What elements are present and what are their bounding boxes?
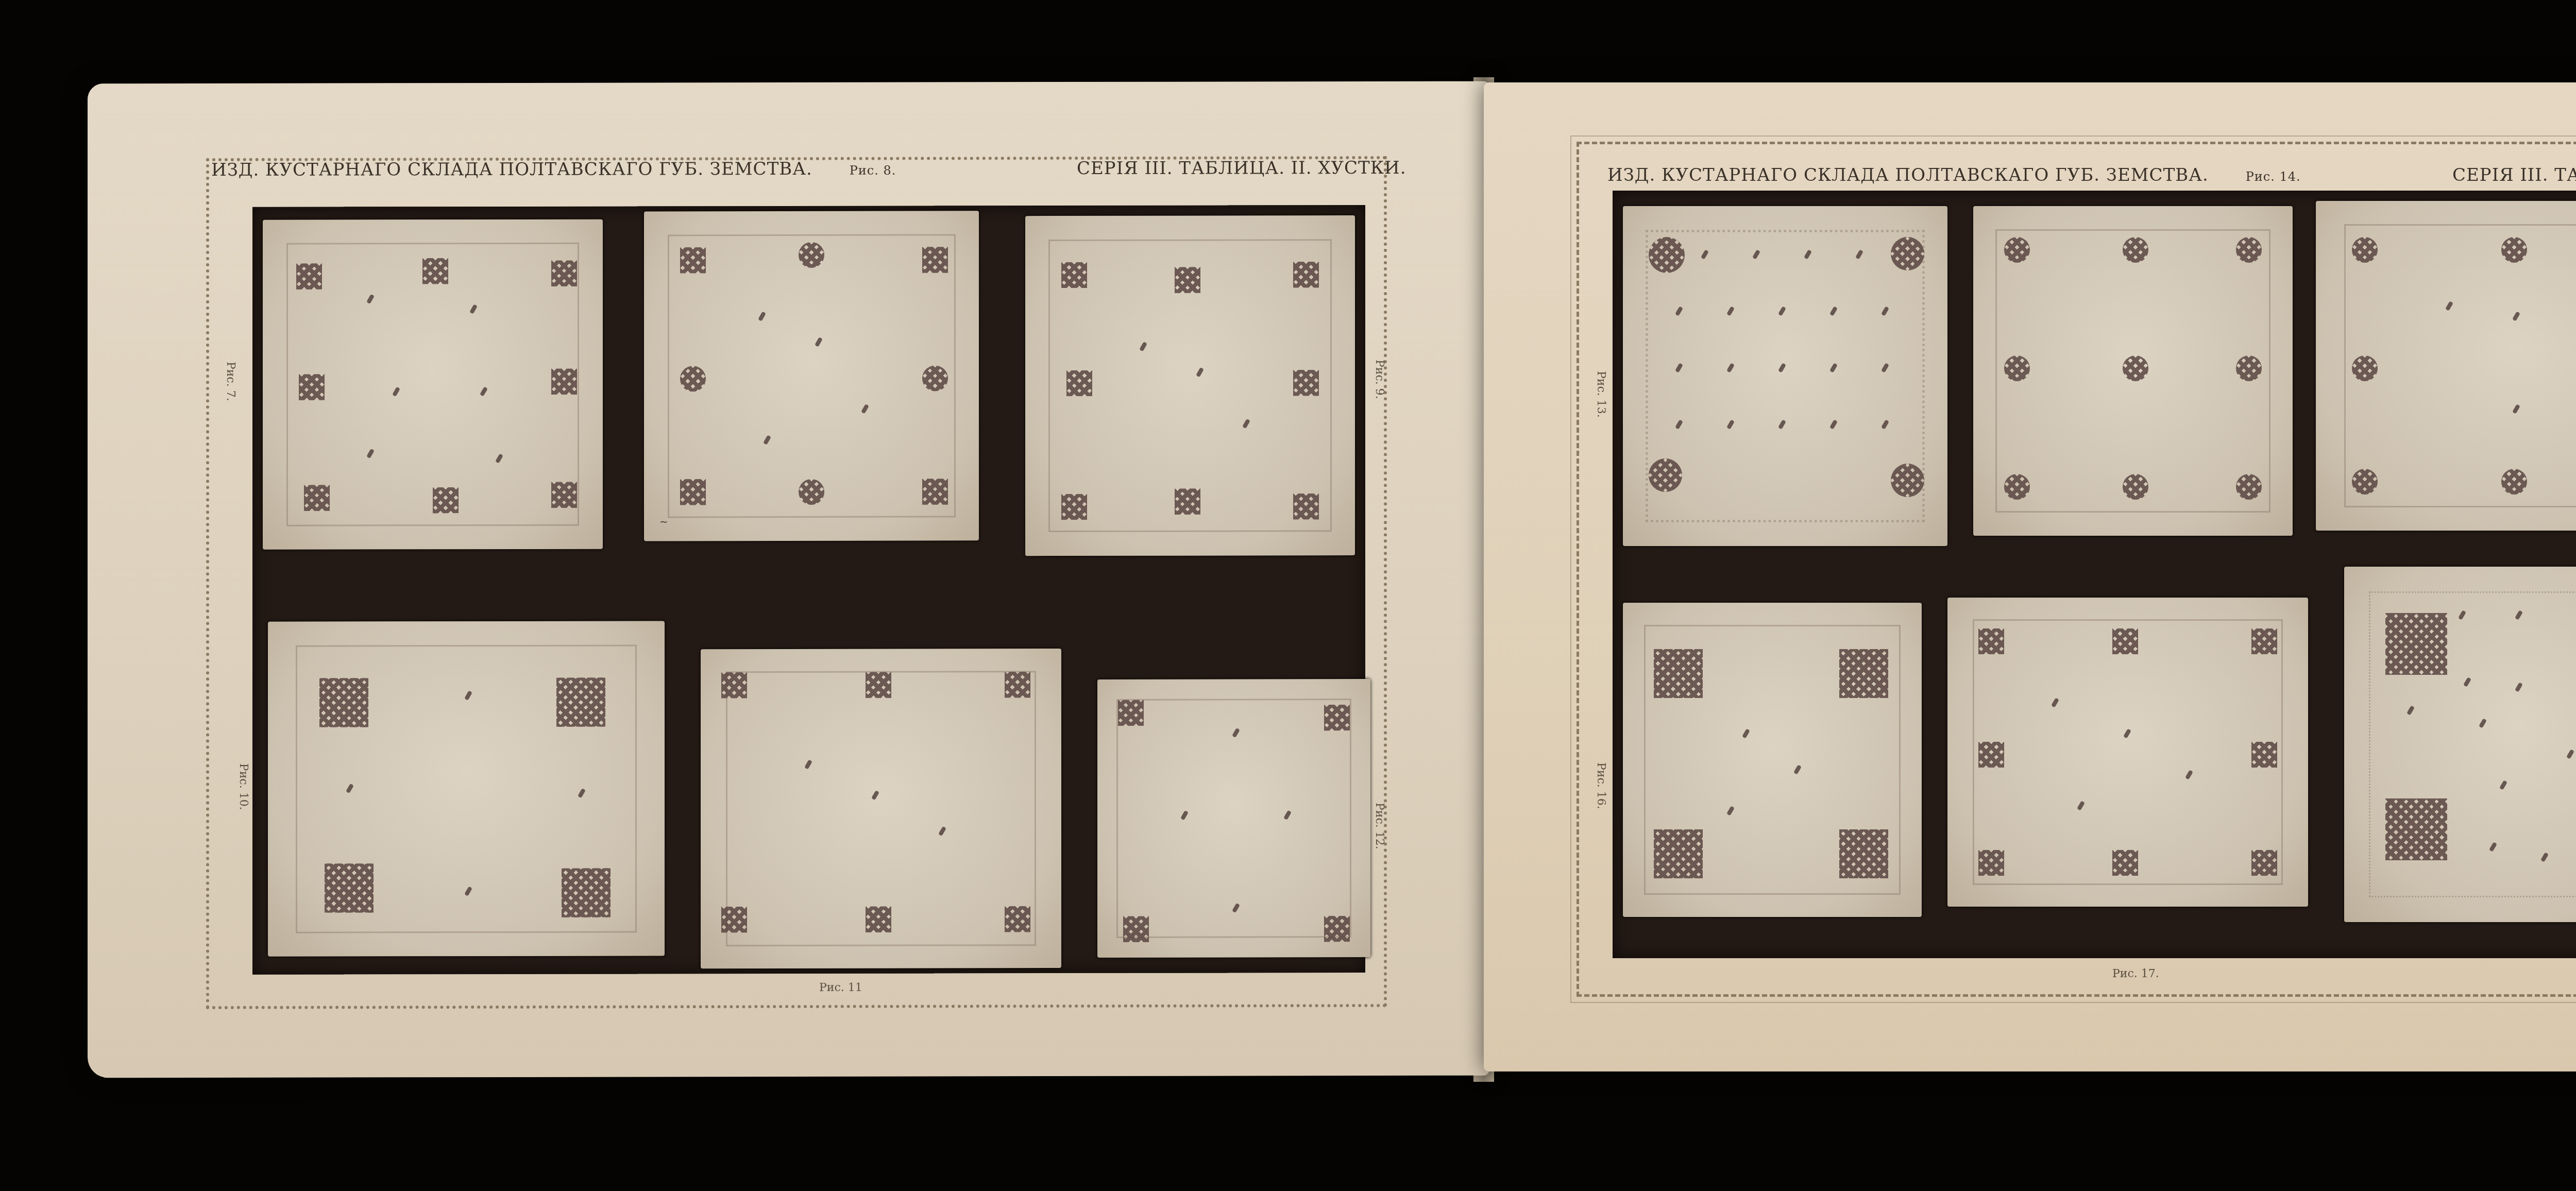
running-head-right: ИЗД. КУСТАРНАГО СКЛАДА ПОЛТАВСКАГО ГУБ. … (1607, 165, 2301, 185)
figure-caption-16: Рис. 16. (1595, 762, 1607, 809)
figure-caption-7: Рис. 7. (224, 362, 237, 401)
handkerchief-fig-13 (1623, 206, 1947, 546)
figure-caption-9: Рис. 9. (1373, 360, 1386, 399)
running-head-left: ИЗД. КУСТАРНАГО СКЛАДА ПОЛТАВСКАГО ГУБ. … (211, 159, 896, 180)
publisher-line: ИЗД. КУСТАРНАГО СКЛАДА ПОЛТАВСКАГО ГУБ. … (211, 159, 812, 180)
handkerchief-fig-16 (1623, 603, 1922, 917)
handkerchief-fig-18 (2344, 567, 2576, 922)
handkerchief-fig-11 (701, 649, 1061, 968)
photo-plate: ~ (252, 205, 1365, 975)
series-title-right: СЕРІЯ III. ТАБЛИЦА III. ХУСТКИ (2452, 165, 2576, 185)
publisher-line: ИЗД. КУСТАРНАГО СКЛАДА ПОЛТАВСКАГО ГУБ. … (1607, 165, 2209, 185)
maker-signature: ~ (659, 515, 668, 528)
handkerchief-fig-14 (1973, 206, 2293, 536)
handkerchief-fig-17 (1947, 598, 2308, 907)
handkerchief-fig-15 (2316, 201, 2576, 531)
handkerchief-fig-10 (268, 621, 665, 956)
figure-caption-10: Рис. 10. (237, 763, 250, 810)
photo-plate (1613, 191, 2576, 958)
left-page: ИЗД. КУСТАРНАГО СКЛАДА ПОЛТАВСКАГО ГУБ. … (88, 81, 1489, 1078)
figure-caption-17: Рис. 17. (2112, 967, 2159, 980)
handkerchief-fig-7 (263, 219, 603, 550)
figure-caption-13: Рис. 13. (1595, 371, 1607, 418)
handkerchief-fig-8: ~ (644, 211, 979, 541)
series-title-left: СЕРІЯ III. ТАБЛИЦА. II. ХУСТКИ. (1077, 158, 1406, 179)
figure-reference: Рис. 8. (850, 163, 896, 178)
handkerchief-fig-9 (1025, 215, 1355, 556)
figure-reference: Рис. 14. (2246, 169, 2301, 184)
right-page: ИЗД. КУСТАРНАГО СКЛАДА ПОЛТАВСКАГО ГУБ. … (1484, 82, 2576, 1071)
handkerchief-fig-12 (1097, 679, 1370, 958)
figure-caption-11: Рис. 11 (819, 981, 862, 994)
figure-caption-12: Рис. 12. (1373, 803, 1386, 849)
